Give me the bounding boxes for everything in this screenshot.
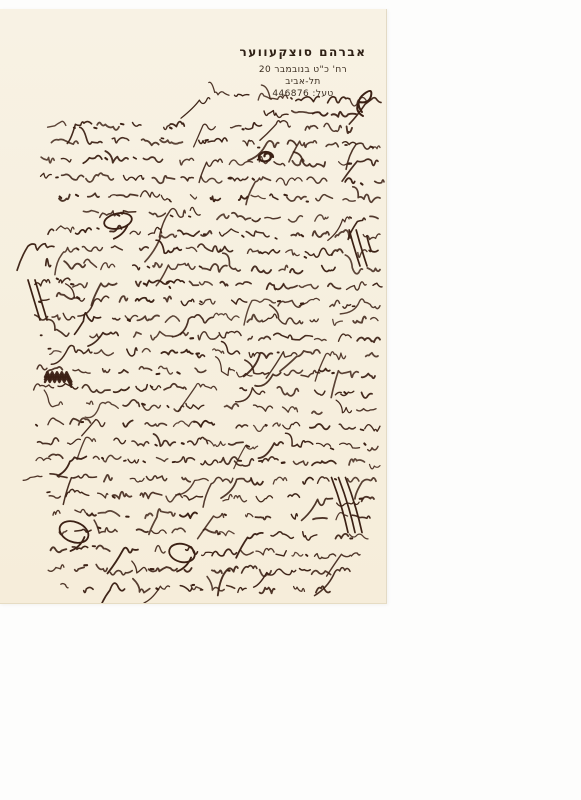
scan-background: אברהם סוצקעווער רח' כ"ט בנובמבר 20 תל-אב…: [0, 0, 581, 800]
handwriting-ink: [0, 0, 581, 800]
